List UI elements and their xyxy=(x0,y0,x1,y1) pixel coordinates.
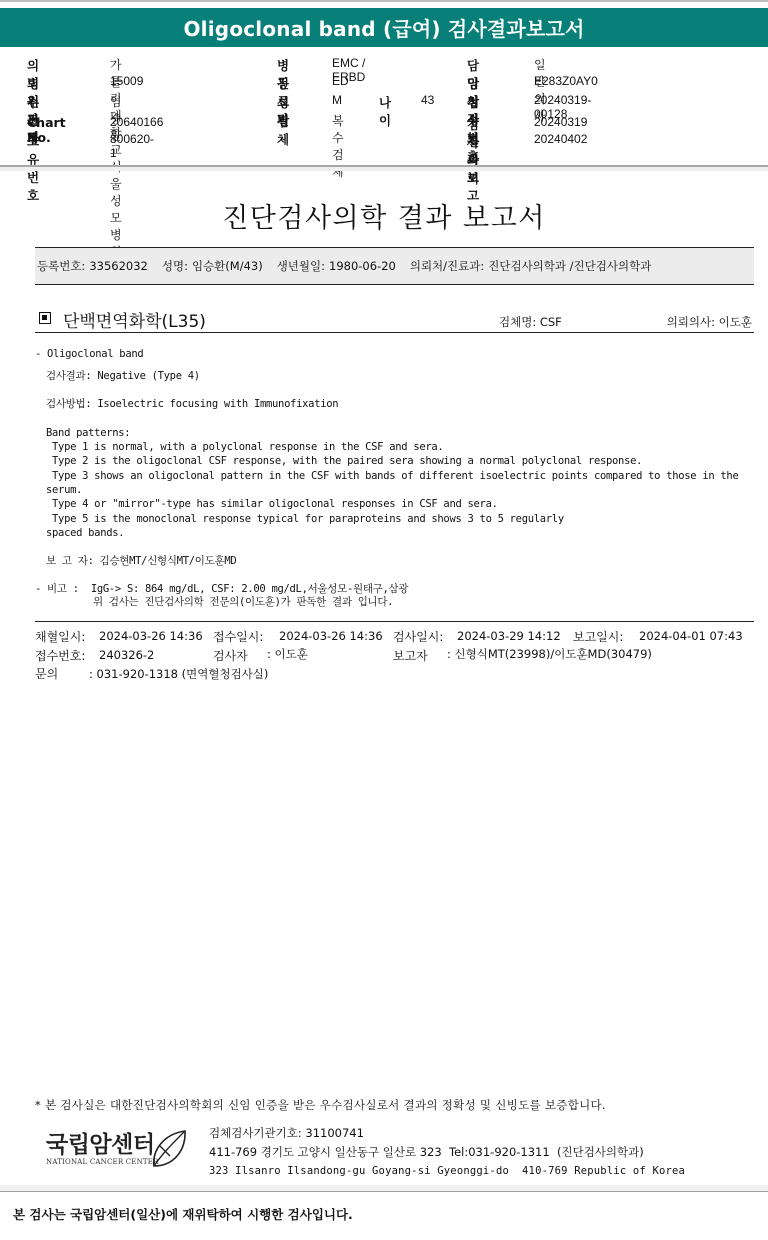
band-type-5: Type 5 is the monoclonal response typica… xyxy=(46,513,564,526)
reporters-line: 보 고 자: 김승현MT/신형식MT/이도훈MD xyxy=(46,555,236,568)
collect-label: 채혈일시: xyxy=(35,628,85,645)
report-date-value: 2024-04-01 07:43 xyxy=(639,629,743,643)
accession-label: 접수번호: xyxy=(35,647,85,664)
band-type-1: Type 1 is normal, with a polyclonal resp… xyxy=(46,441,443,454)
test-date-label: 검사일시: xyxy=(393,628,443,645)
age-label: 나이 xyxy=(379,93,391,129)
referring-doctor: 의뢰의사: 이도훈 xyxy=(667,314,752,330)
lab-address-kr: 411-769 경기도 고양시 일산동구 일산로 323 Tel:031-920… xyxy=(209,1143,685,1162)
section-square-icon xyxy=(39,312,51,324)
name-label: 성명: xyxy=(162,258,188,274)
tester-label: 검사자 xyxy=(213,647,248,664)
report-date-label: 보고일시: xyxy=(573,628,623,645)
reg-no-label: 등록번호: xyxy=(37,258,85,274)
ncc-logo: 국립암센터 NATIONAL CANCER CENTER xyxy=(40,1126,190,1172)
band-type-5-cont: spaced bands. xyxy=(46,527,124,540)
dob-value: 1980-06-20 xyxy=(329,259,396,273)
reporter-label: 보고자 xyxy=(393,647,428,664)
section-divider-shadow xyxy=(0,167,768,171)
leaf-icon xyxy=(150,1128,188,1170)
receive-label: 접수일시: xyxy=(213,628,263,645)
specimen-name: 검체명: CSF xyxy=(499,314,562,330)
report-header-bar: Oligoclonal band (급여) 검사결과보고서 xyxy=(0,8,768,47)
logo-korean-text: 국립암센터 xyxy=(46,1126,155,1159)
reg-no-value: 33562032 xyxy=(89,259,148,273)
tester-value: : 이도훈 xyxy=(267,646,308,662)
specimen-label: 검체 xyxy=(277,112,289,148)
lab-address-block: 검체검사기관기호: 31100741 411-769 경기도 고양시 일산동구 … xyxy=(209,1124,685,1181)
band-type-3: Type 3 shows an oligoclonal pattern in t… xyxy=(46,470,738,483)
unique-no-value: 800620-1 xyxy=(110,132,154,160)
lab-report-title: 진단검사의학 결과 보고서 xyxy=(0,196,768,235)
request-date-value: 20240319 xyxy=(534,115,587,129)
hospital-code-value: 15009 xyxy=(110,74,143,88)
test-name-line: - Oligoclonal band xyxy=(35,348,143,361)
method-line: 검사방법: Isoelectric focusing with Immunofi… xyxy=(46,398,338,411)
test-section-name: 단백면역화학(L35) xyxy=(63,307,206,332)
band-type-4: Type 4 or "mirror"-type has similar olig… xyxy=(46,498,498,511)
patient-summary-bar: 등록번호: 33562032 성명: 임승환(M/43) 생년월일: 1980-… xyxy=(35,247,754,285)
reporter-value: : 신형식MT(23998)/이도훈MD(30479) xyxy=(447,646,652,662)
clinical-info-value: E283Z0AY0 xyxy=(534,74,598,88)
remarks-line: - 비고 : IgG-> S: 864 mg/dL, CSF: 2.00 mg/… xyxy=(35,583,408,596)
footer-divider xyxy=(0,1191,768,1192)
test-section-header: 단백면역화학(L35) 검체명: CSF 의뢰의사: 이도훈 xyxy=(35,308,754,333)
accession-value: 240326-2 xyxy=(99,648,154,662)
dob-label: 생년월일: xyxy=(277,258,325,274)
logo-english-text: NATIONAL CANCER CENTER xyxy=(46,1158,159,1166)
interpretation-note: 위 검사는 진단검사의학 전문의(이도훈)가 판독한 결과 입니다. xyxy=(93,596,393,609)
referring-dept-label: 의뢰처/진료과: xyxy=(410,258,484,274)
referring-dept-value: 진단검사의학과 /진단검사의학과 xyxy=(488,258,651,274)
band-type-2: Type 2 is the oligoclonal CSF response, … xyxy=(46,455,642,468)
dates-divider xyxy=(35,621,754,622)
age-value: 43 xyxy=(421,93,434,107)
lab-address-en: 323 Ilsanro Ilsandong-gu Goyang-si Gyeon… xyxy=(209,1162,685,1181)
result-line: 검사결과: Negative (Type 4) xyxy=(46,370,200,383)
lab-code: 검체검사기관기호: 31100741 xyxy=(209,1124,685,1143)
sex-value: M xyxy=(332,93,342,107)
department-value: ED xyxy=(332,74,349,88)
collect-value: 2024-03-26 14:36 xyxy=(99,629,203,643)
outsourcing-note: 본 검사는 국립암센터(일산)에 재위탁하여 시행한 검사입니다. xyxy=(13,1205,353,1223)
inquiry-value: : 031-920-1318 (면역혈청검사실) xyxy=(89,666,268,682)
test-date-value: 2024-03-29 14:12 xyxy=(457,629,561,643)
top-border xyxy=(0,0,768,2)
name-value: 임승환(M/43) xyxy=(192,258,263,274)
band-patterns-heading: Band patterns: xyxy=(46,427,130,440)
result-date-value: 20240402 xyxy=(534,132,587,146)
certification-note: * 본 검사실은 대한진단검사의학회의 신임 인증을 받은 우수검사실로서 결과… xyxy=(35,1097,606,1113)
report-header-title: Oligoclonal band (급여) 검사결과보고서 xyxy=(183,13,584,42)
chart-no-value: 20640166 xyxy=(110,115,163,129)
band-type-3-cont: serum. xyxy=(46,484,82,497)
inquiry-label: 문의 xyxy=(35,665,58,682)
receive-value: 2024-03-26 14:36 xyxy=(279,629,383,643)
